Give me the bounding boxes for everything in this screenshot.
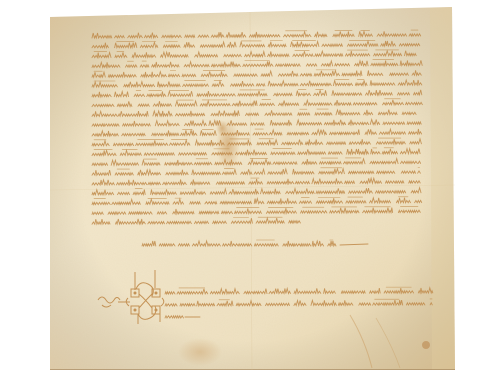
- document-scan: [0, 0, 500, 375]
- parchment-sheet: [50, 7, 455, 370]
